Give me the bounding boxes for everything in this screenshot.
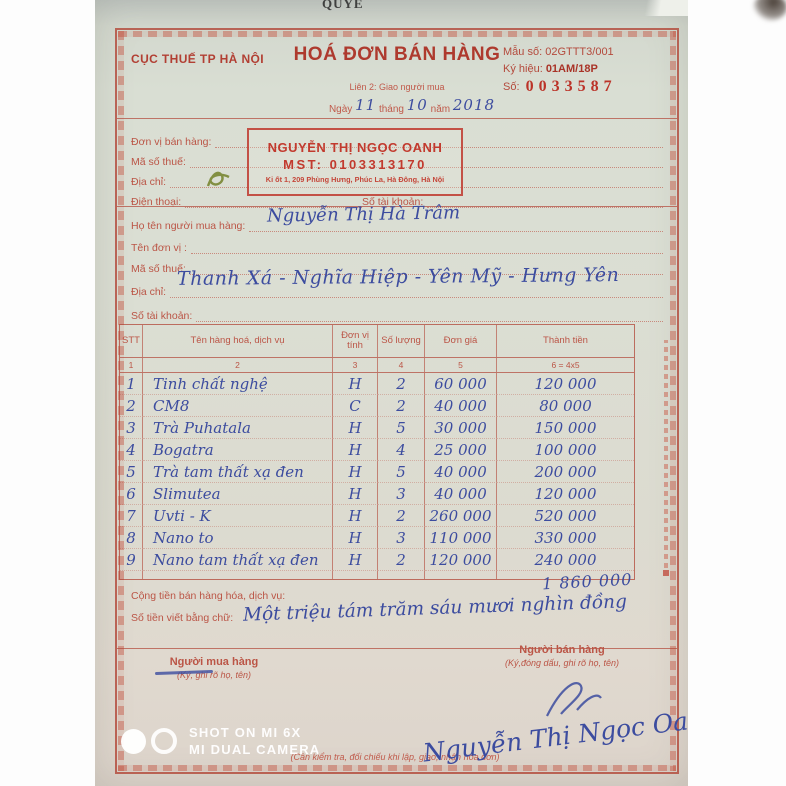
stamp-tax-code: MST: 0103313170 [283, 157, 427, 172]
cell-unit: H [333, 549, 378, 571]
cell-price: 40 000 [425, 395, 497, 417]
paper-photo: QUYỂ CỤC THUẾ TP HÀ NỘI HOÁ ĐƠN BÁN HÀNG… [95, 0, 688, 786]
buyer-name-handwritten: Nguyễn Thị Hà Trâm [267, 202, 460, 226]
index-cell: 4 [378, 358, 425, 372]
corner-smudge [753, 0, 786, 21]
buyer-signature-title: Người mua hàng [139, 656, 289, 668]
watermark-line1: SHOT ON MI 6X [189, 724, 320, 741]
amount-in-words-label: Số tiền viết bằng chữ: [131, 612, 233, 624]
serial-symbol: Ký hiệu: 01AM/18P [503, 61, 671, 78]
cell-item-name: Trà Puhatala [143, 417, 333, 439]
cell-unit: H [333, 461, 378, 483]
border-decoration-bottom [118, 765, 676, 771]
cell-unit: H [333, 505, 378, 527]
green-ink-mark [205, 168, 233, 192]
border-decoration-top [118, 31, 676, 37]
seller-unit-label: Đơn vị bán hàng: [131, 136, 215, 148]
cell-unit: H [333, 439, 378, 461]
cell-item-name: Bogatra [143, 439, 333, 461]
cell-amount: 520 000 [497, 505, 634, 527]
copy-note: Liên 2: Giao người mua [277, 82, 517, 92]
background-edge [618, 0, 688, 16]
table-row: 8Nano toH3110 000330 000 [120, 527, 634, 549]
buyer-account-label: Số tài khoản: [131, 310, 196, 322]
cell-qty: 2 [378, 549, 425, 571]
cell-qty: 2 [378, 373, 425, 395]
dotted-leader [191, 240, 663, 254]
cell-unit: H [333, 527, 378, 549]
form-number-value: 02GTTT3/001 [545, 46, 613, 58]
buyer-name-label: Họ tên người mua hàng: [131, 220, 249, 232]
cell-price: 120 000 [425, 549, 497, 571]
table-row: 7Uvti - KH2260 000520 000 [120, 505, 634, 527]
table-body: 1Tinh chất nghệH260 000120 0002CM8C240 0… [120, 373, 634, 571]
cell-price: 25 000 [425, 439, 497, 461]
cell-amount: 120 000 [497, 483, 634, 505]
cell-stt: 8 [120, 527, 143, 549]
form-number-label: Mẫu số: [503, 46, 542, 58]
date-day-handwritten: 11 [355, 96, 376, 114]
serial-symbol-value: 01AM/18P [546, 63, 598, 75]
date-year-handwritten: 2018 [453, 96, 495, 114]
cell-price: 30 000 [425, 417, 497, 439]
cell-qty: 4 [378, 439, 425, 461]
buyer-account-row: Số tài khoản: [131, 308, 663, 322]
cell-stt: 3 [120, 417, 143, 439]
invoice-number-label: Số: [503, 81, 520, 93]
cell-amount: 330 000 [497, 527, 634, 549]
cell-qty: 5 [378, 417, 425, 439]
cell-price: 110 000 [425, 527, 497, 549]
cell-price: 260 000 [425, 505, 497, 527]
seller-signature-title: Người bán hàng [467, 644, 657, 656]
seller-signature-block: Người bán hàng (Ký,đóng dấu, ghi rõ họ, … [467, 644, 657, 668]
stamp-address: Ki ốt 1, 209 Phùng Hưng, Phúc La, Hà Đôn… [266, 175, 444, 184]
cell-amount: 150 000 [497, 417, 634, 439]
cell-stt: 9 [120, 549, 143, 571]
buyer-unit-label: Tên đơn vị : [131, 242, 191, 254]
watermark-line2: MI DUAL CAMERA [189, 741, 320, 758]
cell-item-name: CM8 [143, 395, 333, 417]
section-divider [117, 118, 677, 119]
cell-qty: 2 [378, 395, 425, 417]
cell-qty: 2 [378, 505, 425, 527]
stamp-seller-name: NGUYỄN THỊ NGỌC OANH [268, 140, 443, 155]
cell-item-name: Slimutea [143, 483, 333, 505]
table-row: 1Tinh chất nghệH260 000120 000 [120, 373, 634, 395]
col-header-price: Đơn giá [425, 325, 497, 357]
cell-price: 40 000 [425, 483, 497, 505]
table-row: 3Trà PuhatalaH530 000150 000 [120, 417, 634, 439]
cell-amount: 240 000 [497, 549, 634, 571]
book-label: QUYỂ [322, 0, 364, 12]
table-row: 6SlimuteaH340 000120 000 [120, 483, 634, 505]
cell-item-name: Tinh chất nghệ [143, 373, 333, 395]
amount-in-words-handwritten: Một triệu tám trăm sáu mươi nghìn đồng [243, 591, 627, 625]
dotted-leader [196, 308, 663, 322]
table-index-row: 1 2 3 4 5 6 = 4x5 [120, 358, 634, 373]
cell-unit: C [333, 395, 378, 417]
serial-symbol-label: Ký hiệu: [503, 63, 543, 75]
cell-item-name: Nano tam thất xạ đen [143, 549, 333, 571]
invoice-sheet: CỤC THUẾ TP HÀ NỘI HOÁ ĐƠN BÁN HÀNG Liên… [115, 28, 679, 774]
watermark-filled-circle-icon [121, 729, 146, 754]
cell-price: 40 000 [425, 461, 497, 483]
cell-amount: 200 000 [497, 461, 634, 483]
side-print-strip [664, 340, 668, 568]
cell-stt: 5 [120, 461, 143, 483]
invoice-title: HOÁ ĐƠN BÁN HÀNG [277, 44, 517, 66]
items-table: STT Tên hàng hoá, dịch vụ Đơn vị tính Số… [119, 324, 635, 580]
cell-item-name: Trà tam thất xạ đen [143, 461, 333, 483]
form-number: Mẫu số: 02GTTT3/001 [503, 44, 671, 61]
signature-flourish [537, 676, 607, 720]
cell-price: 60 000 [425, 373, 497, 395]
cell-unit: H [333, 483, 378, 505]
total-amount-handwritten: 1 860 000 [542, 570, 633, 594]
col-header-stt: STT [120, 325, 143, 357]
date-word-ngay: Ngày [329, 104, 352, 115]
index-cell: 5 [425, 358, 497, 372]
photo-canvas: QUYỂ CỤC THUẾ TP HÀ NỘI HOÁ ĐƠN BÁN HÀNG… [0, 0, 786, 786]
seller-tax-label: Mã số thuế: [131, 156, 190, 168]
tax-authority: CỤC THUẾ TP HÀ NỘI [131, 52, 264, 66]
cell-amount: 100 000 [497, 439, 634, 461]
cell-item-name: Uvti - K [143, 505, 333, 527]
invoice-date: Ngày 11 tháng 10 năm 2018 [277, 98, 547, 116]
buyer-address-label: Địa chỉ: [131, 286, 170, 298]
camera-watermark: SHOT ON MI 6X MI DUAL CAMERA [121, 724, 320, 758]
col-header-item: Tên hàng hoá, dịch vụ [143, 325, 333, 357]
invoice-number: Số: 0033587 [503, 78, 671, 96]
date-word-thang: tháng [379, 104, 404, 115]
cell-amount: 80 000 [497, 395, 634, 417]
cell-stt: 2 [120, 395, 143, 417]
seller-address-label: Địa chỉ: [131, 176, 170, 188]
seller-stamp: NGUYỄN THỊ NGỌC OANH MST: 0103313170 Ki … [247, 128, 463, 196]
seller-signature-note: (Ký,đóng dấu, ghi rõ họ, tên) [467, 658, 657, 668]
col-header-amount: Thành tiền [497, 325, 634, 357]
cell-stt: 1 [120, 373, 143, 395]
index-cell: 2 [143, 358, 333, 372]
cell-stt: 6 [120, 483, 143, 505]
invoice-meta: Mẫu số: 02GTTT3/001 Ký hiệu: 01AM/18P Số… [503, 44, 671, 96]
cell-unit: H [333, 373, 378, 395]
cell-stt: 7 [120, 505, 143, 527]
cell-qty: 5 [378, 461, 425, 483]
cell-qty: 3 [378, 483, 425, 505]
cell-unit: H [333, 417, 378, 439]
total-amount-label: Cộng tiền bán hàng hóa, dịch vụ: [131, 590, 285, 602]
table-row: 9Nano tam thất xạ đenH2120 000240 000 [120, 549, 634, 571]
watermark-ring-circle-icon [151, 728, 177, 754]
invoice-number-value: 0033587 [526, 78, 617, 95]
buyer-address-handwritten: Thanh Xá - Nghĩa Hiệp - Yên Mỹ - Hưng Yê… [177, 264, 620, 290]
table-row: 2CM8C240 00080 000 [120, 395, 634, 417]
border-decoration-right [670, 31, 676, 771]
table-row: 4BogatraH425 000100 000 [120, 439, 634, 461]
col-header-unit: Đơn vị tính [333, 325, 378, 357]
cell-amount: 120 000 [497, 373, 634, 395]
index-cell: 6 = 4x5 [497, 358, 634, 372]
date-month-handwritten: 10 [407, 96, 428, 114]
date-word-nam: năm [431, 104, 450, 115]
buyer-unit-row: Tên đơn vị : [131, 240, 663, 254]
index-cell: 3 [333, 358, 378, 372]
watermark-text: SHOT ON MI 6X MI DUAL CAMERA [189, 724, 320, 758]
table-row: 5Trà tam thất xạ đenH540 000200 000 [120, 461, 634, 483]
buyer-signature-block: Người mua hàng (Ký, ghi rõ họ, tên) [139, 656, 289, 680]
cell-item-name: Nano to [143, 527, 333, 549]
table-header-row: STT Tên hàng hoá, dịch vụ Đơn vị tính Số… [120, 325, 634, 358]
cell-stt: 4 [120, 439, 143, 461]
col-header-qty: Số lượng [378, 325, 425, 357]
index-cell: 1 [120, 358, 143, 372]
cell-qty: 3 [378, 527, 425, 549]
side-print-mark [663, 570, 669, 576]
